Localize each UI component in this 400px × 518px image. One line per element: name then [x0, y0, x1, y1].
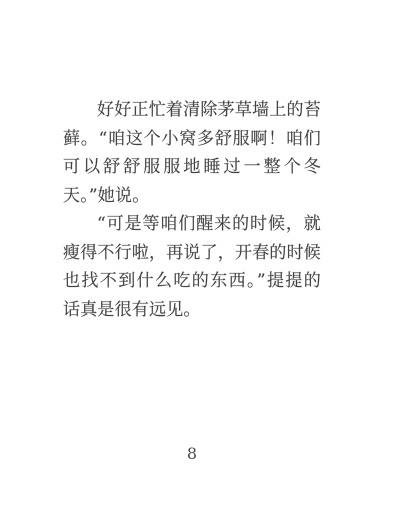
body-text: 好好正忙着清除茅草墙上的苔藓。“咱这个小窝多舒服啊！咱们可以舒舒服服地睡过一整个…: [63, 96, 321, 324]
page-number: 8: [63, 444, 321, 464]
paragraph-1: 好好正忙着清除茅草墙上的苔藓。“咱这个小窝多舒服啊！咱们可以舒舒服服地睡过一整个…: [63, 96, 321, 210]
book-page: 好好正忙着清除茅草墙上的苔藓。“咱这个小窝多舒服啊！咱们可以舒舒服服地睡过一整个…: [0, 0, 400, 518]
paragraph-2: “可是等咱们醒来的时候，就瘦得不行啦，再说了，开春的时候也找不到什么吃的东西。”…: [63, 210, 321, 324]
